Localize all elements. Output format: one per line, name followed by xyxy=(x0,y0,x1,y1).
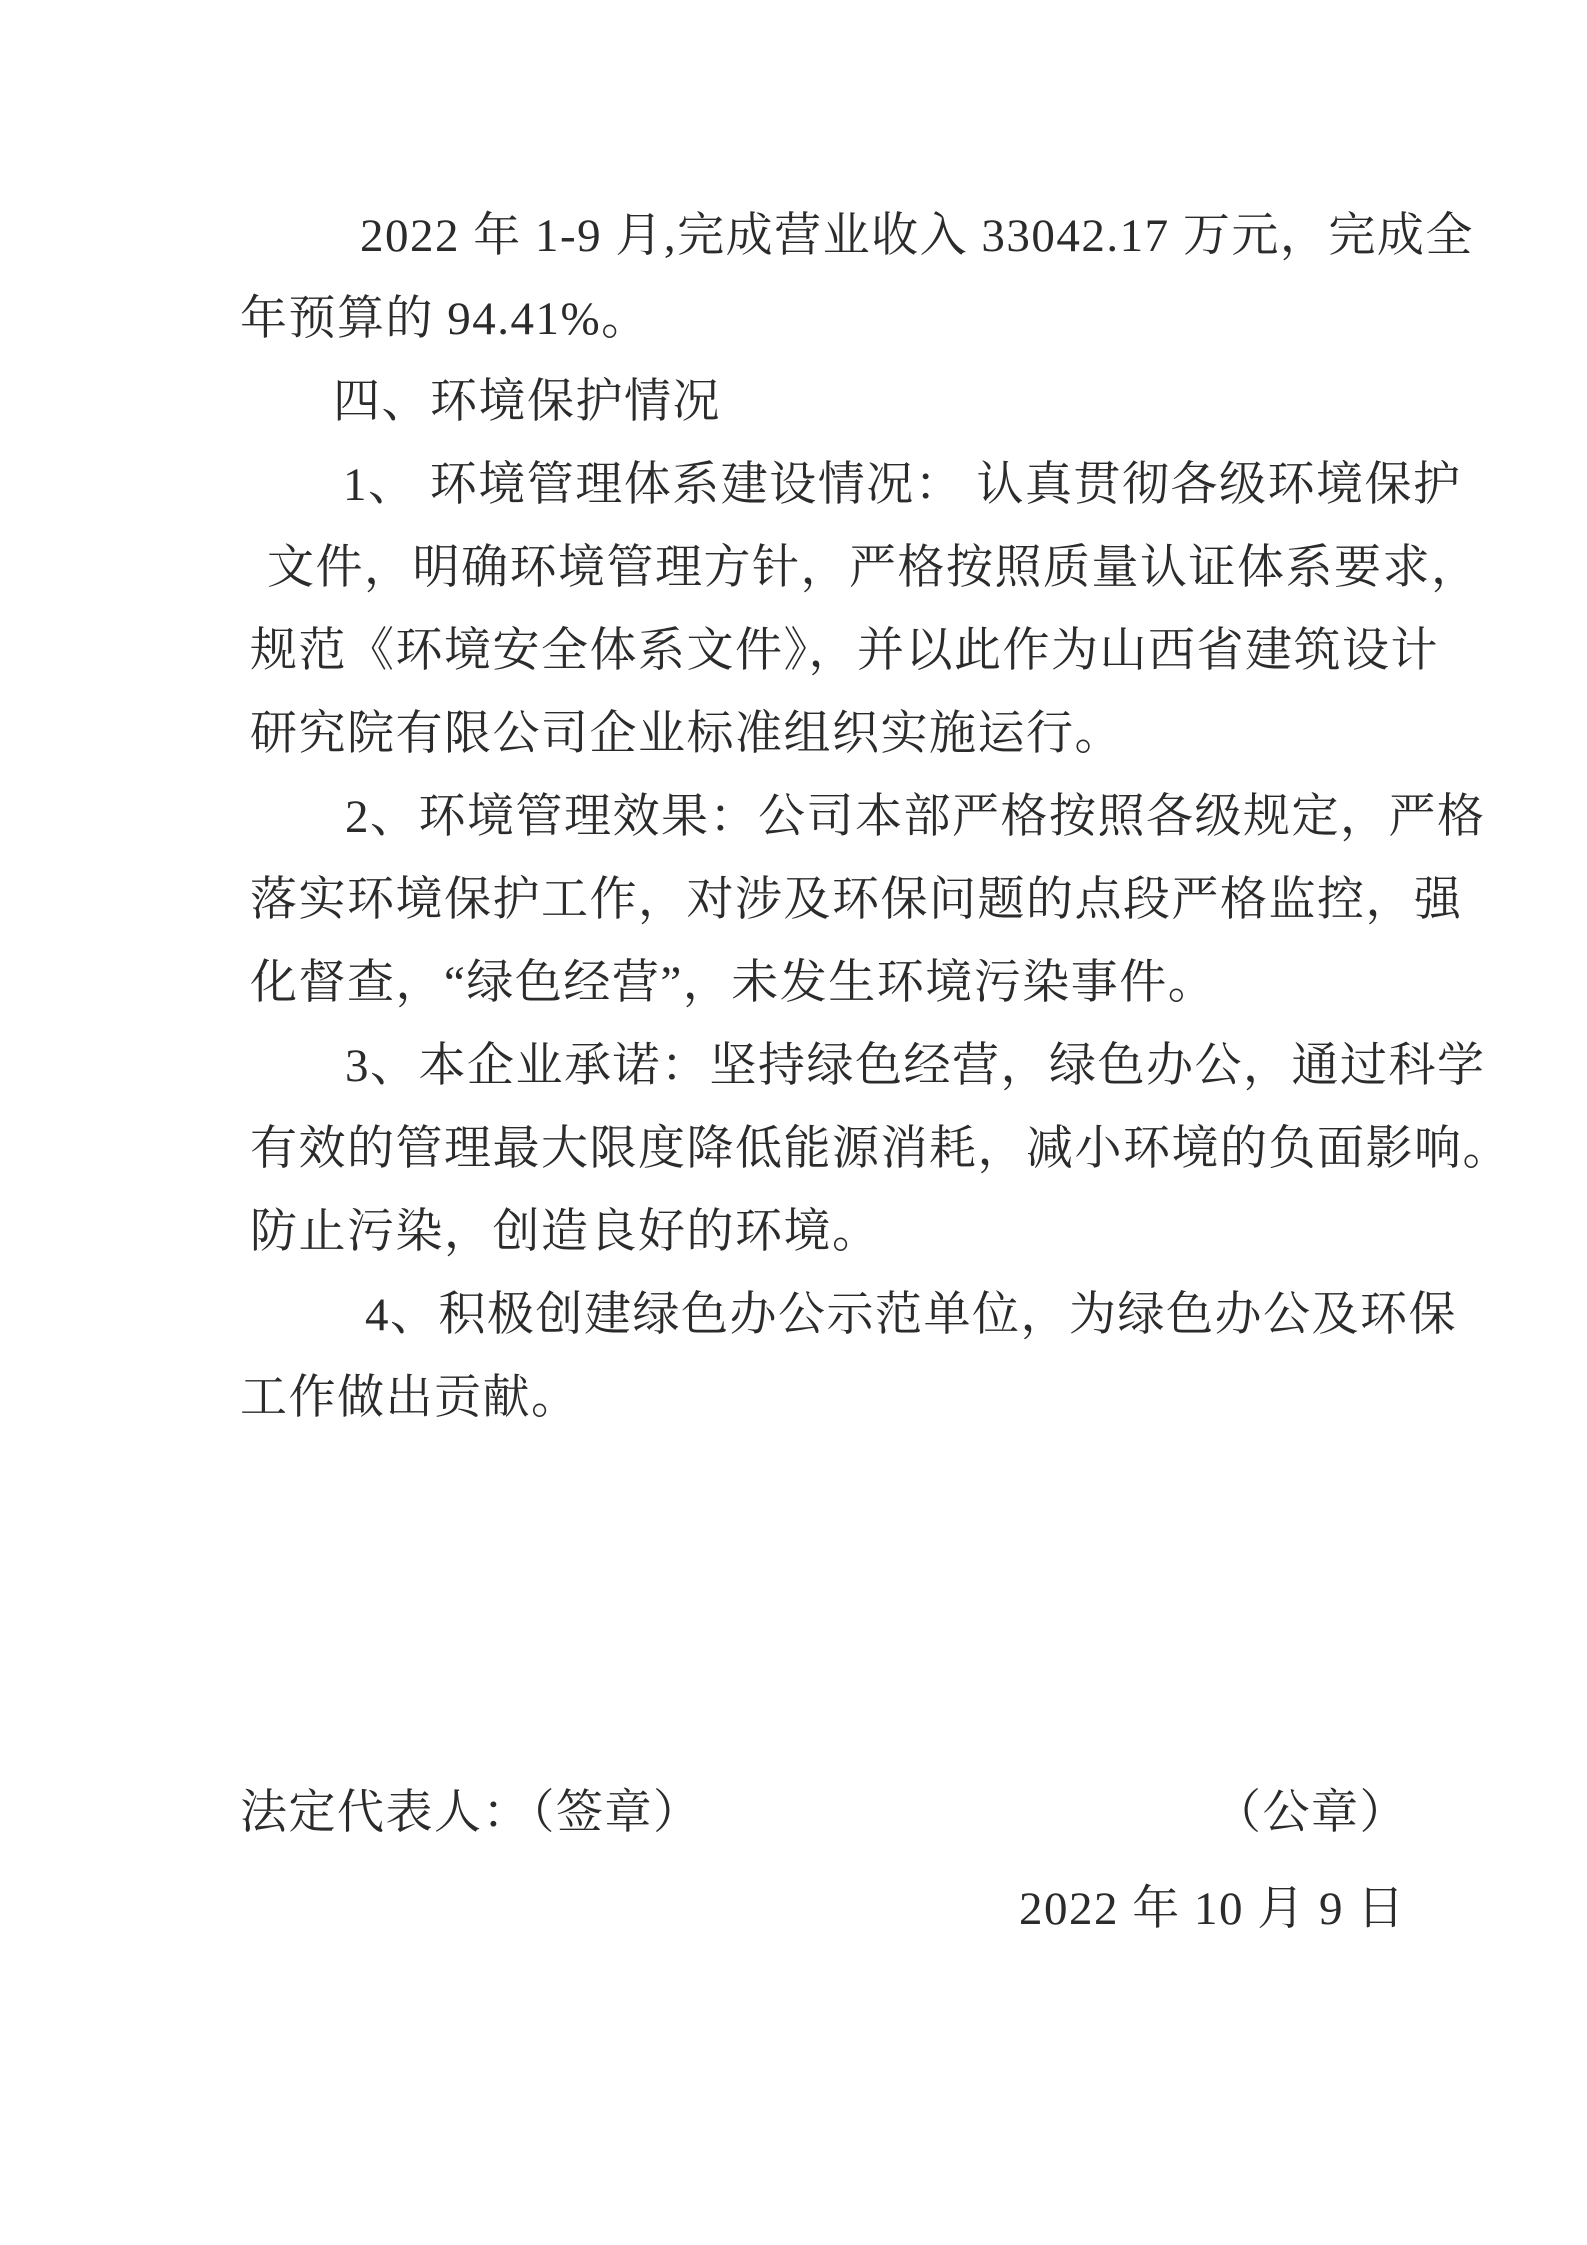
document-body: 2022 年 1-9 月,完成营业收入 33042.17 万元，完成全 年预算的… xyxy=(240,195,1450,1440)
document-date: 2022 年 10 月 9 日 xyxy=(1019,1868,1406,1951)
text-line: 防止污染，创造良好的环境。 xyxy=(240,1191,1450,1274)
text-line: 化督查，“绿色经营”，未发生环境污染事件。 xyxy=(240,942,1450,1025)
text-line: 研究院有限公司企业标准组织实施运行。 xyxy=(240,693,1450,776)
text-line: 有效的管理最大限度降低能源消耗，减小环境的负面影响。 xyxy=(240,1108,1450,1191)
company-seal-label: （公章） xyxy=(1214,1772,1408,1855)
legal-representative-label: 法定代表人：（签章） xyxy=(240,1772,702,1855)
text-line: 年预算的 94.41%。 xyxy=(240,278,1450,361)
section-heading: 四、环境保护情况 xyxy=(240,361,1450,444)
text-line: 工作做出贡献。 xyxy=(240,1357,1450,1440)
text-line: 2、环境管理效果：公司本部严格按照各级规定，严格 xyxy=(240,776,1450,859)
text-line: 规范《环境安全体系文件》，并以此作为山西省建筑设计 xyxy=(240,610,1450,693)
text-line: 3、本企业承诺：坚持绿色经营，绿色办公，通过科学 xyxy=(240,1025,1450,1108)
text-line: 落实环境保护工作，对涉及环保问题的点段严格监控，强 xyxy=(240,859,1450,942)
text-line: 文件，明确环境管理方针，严格按照质量认证体系要求， xyxy=(240,527,1450,610)
text-line: 4、积极创建绿色办公示范单位，为绿色办公及环保 xyxy=(240,1274,1450,1357)
text-line: 1、 环境管理体系建设情况： 认真贯彻各级环境保护 xyxy=(240,444,1450,527)
text-line: 2022 年 1-9 月,完成营业收入 33042.17 万元，完成全 xyxy=(240,195,1450,278)
document-page: 2022 年 1-9 月,完成营业收入 33042.17 万元，完成全 年预算的… xyxy=(0,0,1587,2245)
